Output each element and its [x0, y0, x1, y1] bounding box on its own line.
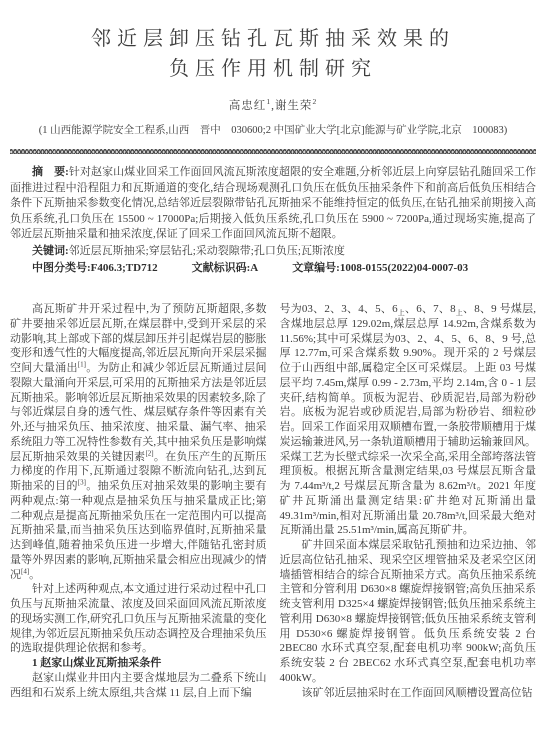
section-heading: 1 赵家山煤业瓦斯抽采条件 [10, 656, 267, 671]
header-divider [10, 149, 536, 154]
paper-title-line2: 负压作用机制研究 [10, 54, 536, 84]
body-paragraph: 矿井回采面本煤层采取钻孔预抽和边采边抽、邻近层高位钻孔抽采、现采空区埋管抽采及老… [280, 538, 537, 686]
article-meta-line: 中图分类号:F406.3;TD712 文献标识码:A 文章编号:1008-015… [10, 261, 536, 277]
article-id: 文章编号:1008-0155(2022)04-0007-03 [292, 261, 468, 277]
abstract-paragraph: 摘 要:针对赵家山煤业回采工作面回风流瓦斯浓度超限的安全难题,分析邻近层上向穿层… [10, 165, 536, 243]
authors: 高忠红1,谢生荣2 [10, 97, 536, 113]
abstract-label: 摘 要: [32, 166, 69, 178]
document-code: 文献标识码:A [192, 261, 259, 277]
paper-title-line1: 邻近层卸压钻孔瓦斯抽采效果的 [10, 24, 536, 54]
paper-page: 邻近层卸压钻孔瓦斯抽采效果的 负压作用机制研究 高忠红1,谢生荣2 (1 山西能… [0, 0, 546, 733]
keywords-label: 关键词: [32, 245, 69, 257]
body-paragraph: 高瓦斯矿井开采过程中,为了预防瓦斯超限,多数矿井要抽采邻近层瓦斯,在煤层群中,受… [10, 302, 267, 582]
affiliation: (1 山西能源学院安全工程系,山西 晋中 030600;2 中国矿业大学[北京]… [10, 122, 536, 137]
keywords-text: 邻近层瓦斯抽采;穿层钻孔;采动裂隙带;孔口负压;瓦斯浓度 [69, 245, 345, 257]
left-column: 高瓦斯矿井开采过程中,为了预防瓦斯超限,多数矿井要抽采邻近层瓦斯,在煤层群中,受… [10, 302, 267, 700]
abstract-section: 摘 要:针对赵家山煤业回采工作面回风流瓦斯浓度超限的安全难题,分析邻近层上向穿层… [10, 165, 536, 243]
right-column: 号为03、2、3、4、5、6上、6、7、8上、8、9 号煤层,含煤地层总厚 12… [280, 302, 537, 700]
clc-number: 中图分类号:F406.3;TD712 [32, 261, 158, 277]
body-paragraph: 赵家山煤业井田内主要含煤地层为二叠系下统山西组和石炭系上统太原组,共含煤 11 … [10, 671, 267, 701]
keywords-line: 关键词:邻近层瓦斯抽采;穿层钻孔;采动裂隙带;孔口负压;瓦斯浓度 [10, 244, 536, 260]
body-paragraph: 号为03、2、3、4、5、6上、6、7、8上、8、9 号煤层,含煤地层总厚 12… [280, 302, 537, 538]
abstract-text: 针对赵家山煤业回采工作面回风流瓦斯浓度超限的安全难题,分析邻近层上向穿层钻孔随回… [10, 166, 536, 240]
paper-title: 邻近层卸压钻孔瓦斯抽采效果的 负压作用机制研究 [10, 24, 536, 84]
paper-header: 邻近层卸压钻孔瓦斯抽采效果的 负压作用机制研究 高忠红1,谢生荣2 (1 山西能… [10, 24, 536, 154]
body-columns: 高瓦斯矿井开采过程中,为了预防瓦斯超限,多数矿井要抽采邻近层瓦斯,在煤层群中,受… [10, 302, 536, 700]
body-paragraph: 该矿邻近层抽采时在工作面回风顺槽设置高位钻 [280, 686, 537, 701]
body-paragraph: 针对上述两种观点,本文通过进行采动过程中孔口负压与瓦斯抽采流量、浓度及回采面回风… [10, 582, 267, 656]
